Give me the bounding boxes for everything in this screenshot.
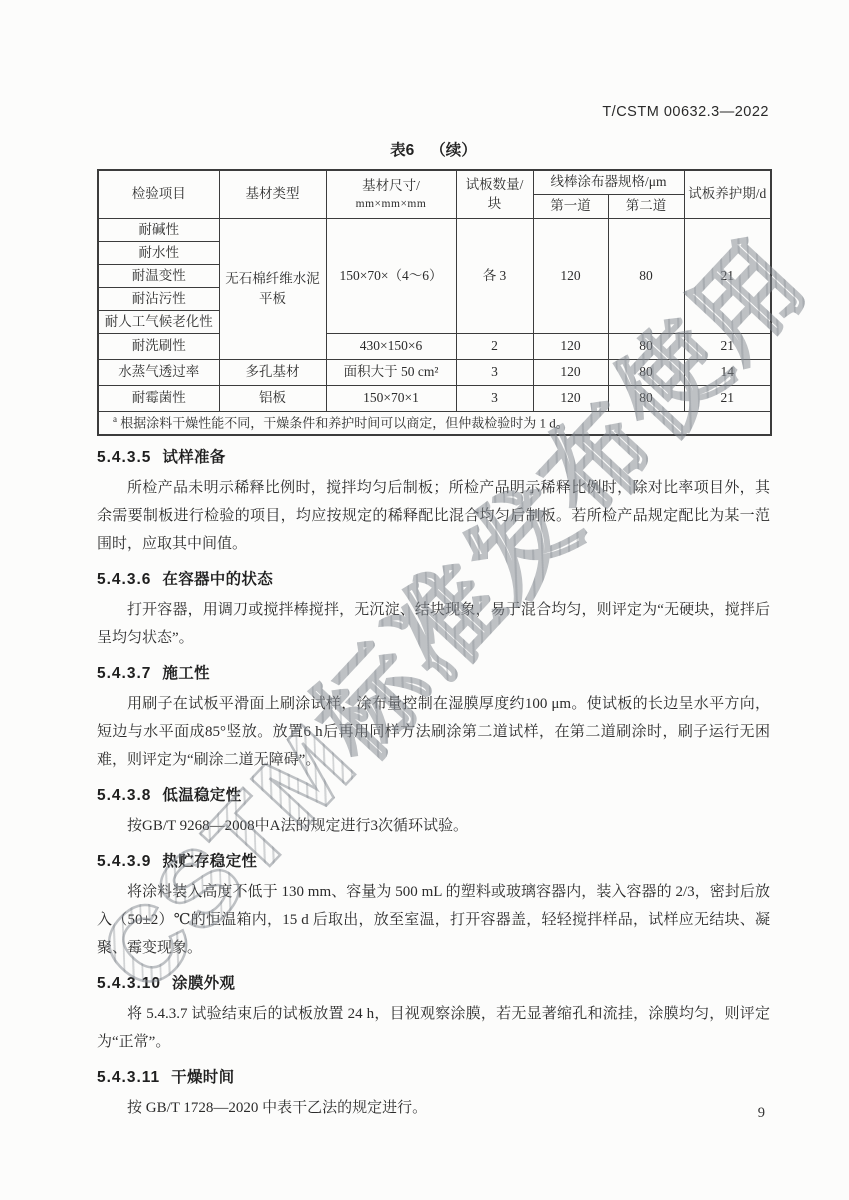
col-header-pass2: 第二道 [608,194,684,218]
section-number: 5.4.3.5 [97,449,151,466]
col-header-size: 基材尺寸/ mm×mm×mm [326,170,456,218]
table-footnote-row: a 根据涂料干燥性能不同，干燥条件和养护时间可以商定，但仲裁检验时为 1 d。 [98,411,771,435]
section-body: 所检产品未明示稀释比例时，搅拌均匀后制板；所检产品明示稀释比例时，除对比率项目外… [97,474,770,558]
cell-count: 3 [456,359,533,385]
cell-pass2: 80 [608,359,684,385]
cell-cure: 21 [684,385,771,411]
section-title: 在容器中的状态 [162,571,273,588]
section-title: 试样准备 [162,449,225,466]
section-heading: 5.4.3.10涂膜外观 [97,970,770,998]
section-body: 将 5.4.3.7 试验结束后的试板放置 24 h，目视观察涂膜，若无显著缩孔和… [97,1000,770,1056]
section-number: 5.4.3.6 [97,571,151,588]
section-title: 低温稳定性 [162,787,241,804]
doc-number: T/CSTM 00632.3—2022 [602,104,769,120]
section-heading: 5.4.3.5试样准备 [97,444,770,472]
section-number: 5.4.3.10 [97,975,161,992]
section-body: 用刷子在试板平滑面上刷涂试样，涂布量控制在湿膜厚度约100 μm。使试板的长边呈… [97,690,770,774]
section-title: 热贮存稳定性 [162,853,257,870]
cell-cure-merged: 21 [684,218,771,333]
table-title: 表6（续） [97,138,770,160]
cell-pass1: 120 [533,359,608,385]
cell-count: 3 [456,385,533,411]
cell-pass2: 80 [608,385,684,411]
table-row: 耐洗刷性 430×150×6 2 120 80 21 [98,333,771,359]
cell-item: 水蒸气透过率 [98,359,219,385]
cell-count: 2 [456,333,533,359]
spec-table-header: 检验项目 基材类型 基材尺寸/ mm×mm×mm 试板数量/ 块 线棒涂布器规格… [98,170,771,218]
section-title: 涂膜外观 [172,975,235,992]
section-number: 5.4.3.11 [97,1069,160,1086]
spec-table: 检验项目 基材类型 基材尺寸/ mm×mm×mm 试板数量/ 块 线棒涂布器规格… [97,169,772,436]
table-row: 水蒸气透过率 多孔基材 面积大于 50 cm² 3 120 80 14 [98,359,771,385]
section-body: 按GB/T 9268—2008中A法的规定进行3次循环试验。 [97,812,770,840]
section-title: 施工性 [162,665,209,682]
section-heading: 5.4.3.7施工性 [97,660,770,688]
cell-size: 150×70×1 [326,385,456,411]
section-heading: 5.4.3.8低温稳定性 [97,782,770,810]
section-heading: 5.4.3.11干燥时间 [97,1064,770,1092]
cell-item: 耐水性 [98,241,219,264]
cell-pass1: 120 [533,385,608,411]
section-5-4-3-5: 5.4.3.5试样准备 所检产品未明示稀释比例时，搅拌均匀后制板；所检产品明示稀… [97,444,770,558]
col-header-item: 检验项目 [98,170,219,218]
section-number: 5.4.3.8 [97,787,151,804]
section-body: 将涂料装入高度不低于 130 mm、容量为 500 mL 的塑料或玻璃容器内，装… [97,878,770,962]
col-header-count: 试板数量/ 块 [456,170,533,218]
section-body: 打开容器，用调刀或搅拌棒搅拌，无沉淀、结块现象，易于混合均匀，则评定为“无硬块，… [97,596,770,652]
cell-size-merged: 150×70×（4～6） [326,218,456,333]
cell-size: 面积大于 50 cm² [326,359,456,385]
col-header-count-line2: 块 [460,194,530,214]
document-page: T/CSTM 00632.3—2022 表6（续） 检验项目 基材类型 基材尺寸… [0,0,849,1200]
section-title: 干燥时间 [171,1069,234,1086]
cell-cure: 21 [684,333,771,359]
section-5-4-3-8: 5.4.3.8低温稳定性 按GB/T 9268—2008中A法的规定进行3次循环… [97,782,770,840]
col-header-bar-coater: 线棒涂布器规格/μm [533,170,684,194]
cell-item: 耐霉菌性 [98,385,219,411]
cell-substrate: 铝板 [219,385,326,411]
col-header-substrate: 基材类型 [219,170,326,218]
cell-item: 耐碱性 [98,218,219,241]
cell-pass2-merged: 80 [608,218,684,333]
table-row: 耐霉菌性 铝板 150×70×1 3 120 80 21 [98,385,771,411]
page-number: 9 [758,1105,765,1122]
cell-item: 耐人工气候老化性 [98,310,219,333]
table-title-continued: （续） [430,142,477,159]
cell-substrate-merged: 无石棉纤维水泥平板 [219,218,326,359]
section-5-4-3-10: 5.4.3.10涂膜外观 将 5.4.3.7 试验结束后的试板放置 24 h，目… [97,970,770,1056]
cell-item: 耐温变性 [98,264,219,287]
spec-table-body: 耐碱性 无石棉纤维水泥平板 150×70×（4～6） 各 3 120 80 21… [98,218,771,435]
section-heading: 5.4.3.9热贮存稳定性 [97,848,770,876]
section-body: 按 GB/T 1728—2020 中表干乙法的规定进行。 [97,1094,770,1122]
section-5-4-3-11: 5.4.3.11干燥时间 按 GB/T 1728—2020 中表干乙法的规定进行… [97,1064,770,1122]
table-footnote: a 根据涂料干燥性能不同，干燥条件和养护时间可以商定，但仲裁检验时为 1 d。 [98,411,771,435]
table-title-label: 表6 [390,142,414,159]
page-content: 表6（续） 检验项目 基材类型 基材尺寸/ mm×mm×mm 试板数量/ 块 [97,138,770,1122]
cell-item: 耐沾污性 [98,287,219,310]
cell-cure: 14 [684,359,771,385]
section-5-4-3-6: 5.4.3.6在容器中的状态 打开容器，用调刀或搅拌棒搅拌，无沉淀、结块现象，易… [97,566,770,652]
cell-substrate: 多孔基材 [219,359,326,385]
cell-item: 耐洗刷性 [98,333,219,359]
cell-count-merged: 各 3 [456,218,533,333]
section-5-4-3-9: 5.4.3.9热贮存稳定性 将涂料装入高度不低于 130 mm、容量为 500 … [97,848,770,962]
cell-pass1-merged: 120 [533,218,608,333]
cell-pass1: 120 [533,333,608,359]
section-heading: 5.4.3.6在容器中的状态 [97,566,770,594]
footnote-text: 根据涂料干燥性能不同，干燥条件和养护时间可以商定，但仲裁检验时为 1 d。 [120,415,569,430]
col-header-count-line1: 试板数量/ [460,175,530,195]
section-number: 5.4.3.7 [97,665,151,682]
cell-size: 430×150×6 [326,333,456,359]
col-header-cure: 试板养护期/d [684,170,771,218]
cell-pass2: 80 [608,333,684,359]
section-5-4-3-7: 5.4.3.7施工性 用刷子在试板平滑面上刷涂试样，涂布量控制在湿膜厚度约100… [97,660,770,774]
footnote-marker: a [113,414,117,424]
col-header-pass1: 第一道 [533,194,608,218]
col-header-size-line1: 基材尺寸/ [330,176,453,196]
col-header-size-line2: mm×mm×mm [330,196,453,213]
table-row: 耐碱性 无石棉纤维水泥平板 150×70×（4～6） 各 3 120 80 21 [98,218,771,241]
section-number: 5.4.3.9 [97,853,151,870]
